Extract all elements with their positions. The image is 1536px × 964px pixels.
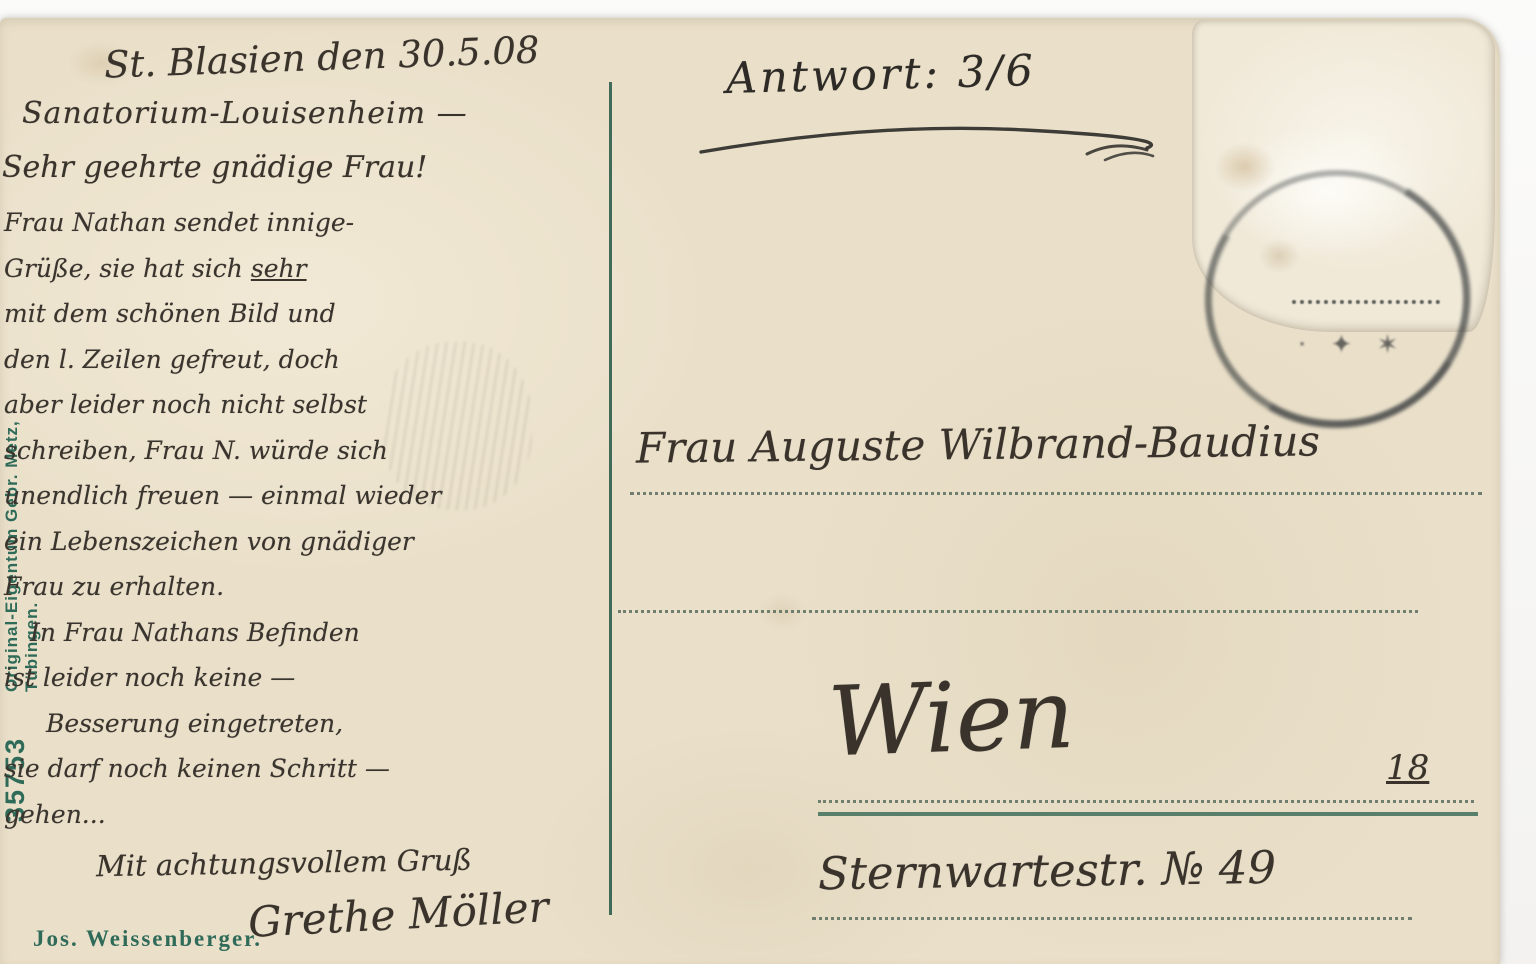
annotation-note: Antwort: 3/6 <box>725 46 1036 104</box>
message-line: Besserung eingetreten, <box>4 701 604 747</box>
address-district: 18 <box>1386 748 1429 788</box>
address-rule-3 <box>818 800 1474 803</box>
message-line: Frau Nathan sendet innige- <box>4 200 604 246</box>
message-line: gehen... <box>4 792 604 838</box>
ink-ghost-smudge <box>382 342 532 510</box>
postcard-scan: Original-Eigentum Gebr. Metz, Tübingen. … <box>0 0 1536 964</box>
divider-line <box>609 82 612 915</box>
message-line: ein Lebenszeichen von gnädiger <box>4 519 604 565</box>
address-rule-3-solid <box>818 812 1478 816</box>
message-line: Frau zu erhalten. <box>4 564 604 610</box>
address-street: Sternwartestr. № 49 <box>818 841 1277 900</box>
address-rule-1 <box>630 492 1482 495</box>
address-rule-4 <box>812 917 1412 920</box>
message-line: sie darf noch keinen Schritt — <box>4 746 604 792</box>
closing-line: Mit achtungsvollem Gruß <box>96 843 472 884</box>
address-rule-2 <box>618 610 1418 613</box>
recipient-name: Frau Auguste Wilbrand-Baudius <box>636 416 1320 472</box>
underlined-word: sehr <box>251 254 307 283</box>
publisher-imprint: Jos. Weissenberger. <box>33 926 262 952</box>
postmark-dotted-line <box>1292 300 1440 304</box>
message-line: In Frau Nathans Befinden <box>4 610 604 656</box>
message-line-text: Grüße, sie hat sich <box>4 254 251 283</box>
message-body: Frau Nathan sendet innige- Grüße, sie ha… <box>4 200 604 837</box>
sender-location: Sanatorium-Louisenheim — <box>22 96 468 131</box>
paper-stain <box>1214 142 1276 192</box>
address-city: Wien <box>826 658 1076 779</box>
salutation: Sehr geehrte gnädige Frau! <box>2 150 427 185</box>
postmark-marks: · ✦ ✶ <box>1298 330 1406 360</box>
message-line: ist leider noch keine — <box>4 655 604 701</box>
flourish-underline <box>695 108 1175 168</box>
message-line: mit dem schönen Bild und <box>4 291 604 337</box>
message-line: Grüße, sie hat sich sehr <box>4 246 604 292</box>
